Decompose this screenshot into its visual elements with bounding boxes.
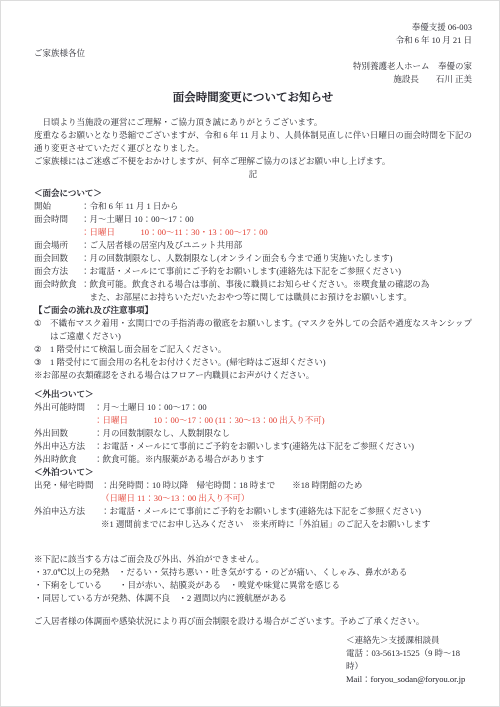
doc-number: 奉優支援 06-003 — [34, 21, 472, 34]
info-row: ：日曜日 10：00～17：00 (11：30～13：00 出入り不可) — [34, 414, 472, 427]
row-label: 面会時飲食 — [34, 278, 81, 291]
contact-mail: Mail：foryou_sodan@foryou.or.jp — [346, 673, 472, 686]
restrictions-intro: ※下記に該当する方はご面会及び外出、外泊ができません。 — [34, 553, 472, 566]
info-row: 面会場所 ：ご入居者様の居室内及びユニット共用部 — [34, 239, 472, 252]
row-label: 面会回数 — [34, 252, 81, 265]
info-row: （日曜日 11：30～13：00 出入り不可） — [34, 492, 472, 505]
step-text: 1 階受付にて検温し面会届をご記入ください。 — [50, 343, 472, 356]
intro-paragraph-2: 度重なるお願いとなり恐縮でございますが、令和 6 年 11 月より、人員体制見直… — [34, 129, 472, 155]
visit-step: ② 1 階受付にて検温し面会届をご記入ください。 — [34, 343, 472, 356]
row-label: 面会時間 — [34, 213, 81, 226]
step-marker: ① — [34, 317, 50, 330]
section-heading-overnight: ＜外泊ついて＞ — [34, 466, 472, 479]
visit-flow-heading: 【ご面会の流れ及び注意事項】 — [34, 304, 472, 317]
row-label: 出発・帰宅時間 — [34, 479, 101, 492]
info-row: 外出回数 ：月の回数制限なし、人数制限なし — [34, 427, 472, 440]
row-value: ：飲食可能。※内服薬がある場合があります — [94, 453, 472, 466]
addressee: ご家族様各位 — [34, 47, 472, 60]
contact-block: ＜連絡先＞支援課相談員 電話：03-5613-1525（9 時～18 時） Ma… — [346, 634, 472, 686]
restriction-item: ・下痢をしている ・目が赤い、結膜炎がある ・嗅覚や味覚に異常を感じる — [34, 579, 472, 592]
row-value: ：出発時間：10 時以降 帰宅時間：18 時まで ※18 時閉館のため — [101, 479, 472, 492]
info-row: ：日曜日 10：00～11：30・13：00～17：00 — [34, 226, 472, 239]
info-row: 開始 ：令和 6 年 11 月 1 日から — [34, 200, 472, 213]
info-row: 外出可能時間 ：月～土曜日 10：00～17：00 — [34, 401, 472, 414]
row-value: ：月～土曜日 10：00～17：00 — [81, 213, 472, 226]
row-label: 外出申込方法 — [34, 440, 94, 453]
visit-step: ③ 1 階受付にて面会用の名札をお付けください。(帰宅時はご返却ください) — [34, 356, 472, 369]
director-name: 施設長 石川 正美 — [34, 73, 472, 86]
row-value: ：お電話・メールにて事前にご予約をお願いします(連絡先は下記をご参照ください) — [94, 440, 472, 453]
doc-date: 令和 6 年 10 月 21 日 — [34, 34, 472, 47]
row-label: 面会場所 — [34, 239, 81, 252]
restrictions-block: ※下記に該当する方はご面会及び外出、外泊ができません。 ・37.0℃以上の発熱 … — [34, 553, 472, 605]
contact-heading: ＜連絡先＞支援課相談員 — [346, 634, 472, 647]
step-text: 1 階受付にて面会用の名札をお付けください。(帰宅時はご返却ください) — [50, 356, 472, 369]
row-value-sunday-restriction: （日曜日 11：30～13：00 出入り不可） — [101, 492, 472, 505]
row-value: ：ご入居者様の居室内及びユニット共用部 — [81, 239, 472, 252]
row-value: ：お電話・メールにて事前にご予約をお願いします(連絡先は下記をご参照ください) — [81, 265, 472, 278]
step-marker: ③ — [34, 356, 50, 369]
step-text: 不織布マスク着用・玄関口での手指消毒の徹底をお願いします。(マスクを外しての会話… — [50, 317, 472, 343]
info-row: 面会時間 ：月～土曜日 10：00～17：00 — [34, 213, 472, 226]
row-label: 外出回数 — [34, 427, 94, 440]
visit-step: ① 不織布マスク着用・玄関口での手指消毒の徹底をお願いします。(マスクを外しての… — [34, 317, 472, 343]
row-value-sunday-hours: ：日曜日 10：00～17：00 (11：30～13：00 出入り不可) — [94, 414, 472, 427]
restriction-item: ・同居している方が発熱、体調不良 ・2 週間以内に渡航歴がある — [34, 592, 472, 605]
ki-marker: 記 — [34, 168, 472, 181]
row-value: ：月～土曜日 10：00～17：00 — [94, 401, 472, 414]
row-value: ：月の回数制限なし、人数制限なし — [94, 427, 472, 440]
row-value: ：月の回数制限なし、人数制限なし(オンライン面会も今まで通り実施いたします) — [81, 252, 472, 265]
section-heading-visit: ＜面会について＞ — [34, 187, 472, 200]
page-title: 面会時間変更についてお知らせ — [34, 90, 472, 106]
row-value: ：お電話・メールにて事前にご予約をお願いします(連絡先は下記をご参照ください) — [101, 505, 472, 518]
info-row: 出発・帰宅時間 ：出発時間：10 時以降 帰宅時間：18 時まで ※18 時閉館… — [34, 479, 472, 492]
row-label: 面会方法 — [34, 265, 81, 278]
document-page: 奉優支援 06-003 令和 6 年 10 月 21 日 ご家族様各位 特別養護… — [0, 0, 500, 707]
row-value-sunday-hours: ：日曜日 10：00～11：30・13：00～17：00 — [81, 226, 472, 239]
closing-statement: ご入居者様の体調面や感染状況により再び面会制限を設ける場合がございます。予めご了… — [34, 615, 472, 628]
info-row: また、お部屋にお持ちいただいたおやつ等に関しては職員にお預けをお願いします。 — [34, 291, 472, 304]
section-outing: ＜外出ついて＞ 外出可能時間 ：月～土曜日 10：00～17：00 ：日曜日 1… — [34, 388, 472, 466]
info-row: 外泊申込方法 ：お電話・メールにて事前にご予約をお願いします(連絡先は下記をご参… — [34, 505, 472, 518]
restriction-item: ・37.0℃以上の発熱 ・だるい・気持ち悪い・吐き気がする・のどが痛い、くしゃみ… — [34, 566, 472, 579]
intro-block: 日頃より当施設の運営にご理解・ご協力頂き誠にありがとうございます。 度重なるお願… — [34, 116, 472, 181]
info-row: 面会時飲食 ：飲食可能。飲食される場合は事前、事後に職員にお知らせください。※喫… — [34, 278, 472, 291]
contact-phone: 電話：03-5613-1525（9 時～18 時） — [346, 647, 472, 673]
step-marker: ② — [34, 343, 50, 356]
row-label: 外出時飲食 — [34, 453, 94, 466]
section-heading-outing: ＜外出ついて＞ — [34, 388, 472, 401]
intro-paragraph-1: 日頃より当施設の運営にご理解・ご協力頂き誠にありがとうございます。 — [34, 116, 472, 129]
info-row: 外出時飲食 ：飲食可能。※内服薬がある場合があります — [34, 453, 472, 466]
info-row: 面会方法 ：お電話・メールにて事前にご予約をお願いします(連絡先は下記をご参照く… — [34, 265, 472, 278]
info-row: ※1 週間前までにお申し込みください ※来所時に「外泊届」のご記入をお願いします — [34, 518, 472, 531]
facility-name: 特別養護老人ホーム 奉優の家 — [34, 60, 472, 73]
intro-paragraph-3: ご家族様にはご迷惑ご不便をおかけしますが、何卒ご理解ご協力のほどお願い申し上げま… — [34, 155, 472, 168]
section-visit: ＜面会について＞ 開始 ：令和 6 年 11 月 1 日から 面会時間 ：月～土… — [34, 187, 472, 382]
info-row: 外出申込方法 ：お電話・メールにて事前にご予約をお願いします(連絡先は下記をご参… — [34, 440, 472, 453]
row-label: 開始 — [34, 200, 81, 213]
row-label: 外出可能時間 — [34, 401, 94, 414]
visit-note: ※お部屋の衣類確認をされる場合はフロアー内職員にお声がけください。 — [34, 369, 472, 382]
row-value: ※1 週間前までにお申し込みください ※来所時に「外泊届」のご記入をお願いします — [101, 518, 472, 531]
row-value: ：飲食可能。飲食される場合は事前、事後に職員にお知らせください。※喫食量の確認の… — [81, 278, 472, 291]
row-label: 外泊申込方法 — [34, 505, 101, 518]
row-value: また、お部屋にお持ちいただいたおやつ等に関しては職員にお預けをお願いします。 — [81, 291, 472, 304]
info-row: 面会回数 ：月の回数制限なし、人数制限なし(オンライン面会も今まで通り実施いたし… — [34, 252, 472, 265]
section-overnight: ＜外泊ついて＞ 出発・帰宅時間 ：出発時間：10 時以降 帰宅時間：18 時まで… — [34, 466, 472, 531]
row-value: ：令和 6 年 11 月 1 日から — [81, 200, 472, 213]
